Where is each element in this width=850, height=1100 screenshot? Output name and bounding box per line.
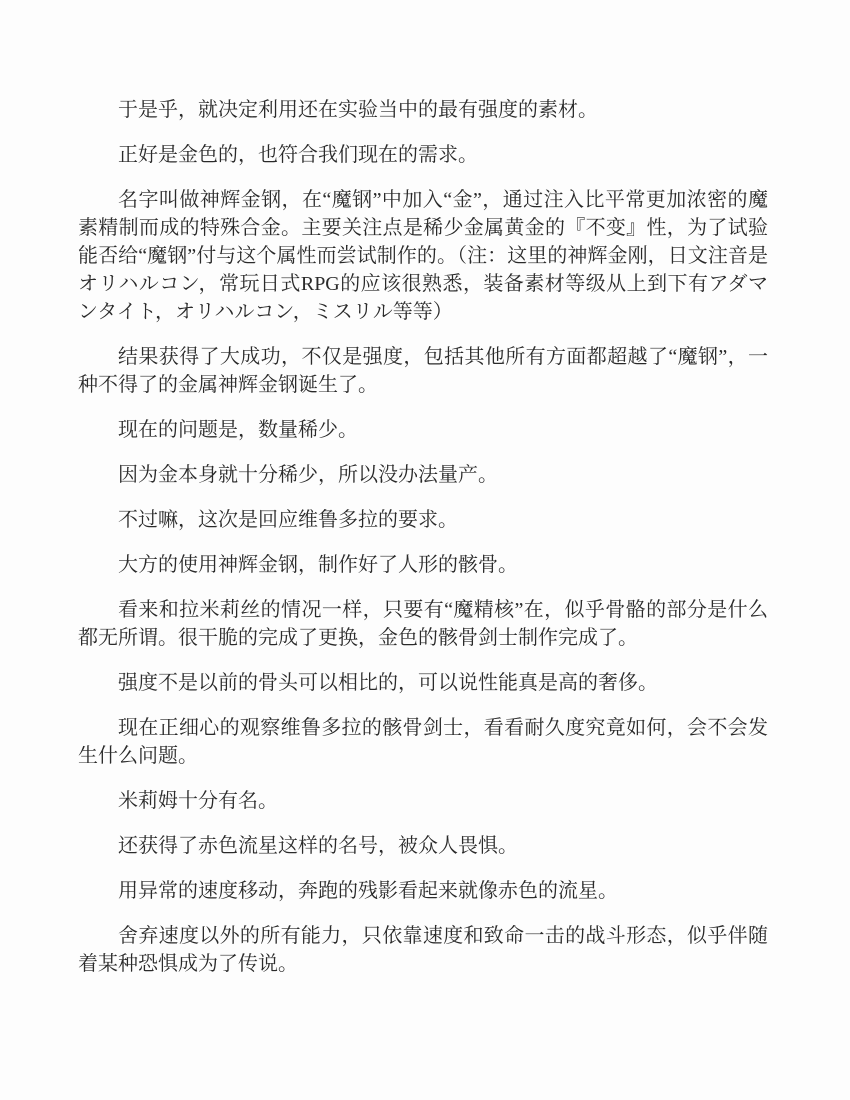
paragraph: 还获得了赤色流星这样的名号，被众人畏惧。 xyxy=(78,832,768,860)
paragraph: 米莉姆十分有名。 xyxy=(78,787,768,815)
novel-text-block: 于是乎，就决定利用还在实验当中的最有强度的素材。正好是金色的，也符合我们现在的需… xyxy=(78,96,768,995)
paragraph: 不过嘛，这次是回应维鲁多拉的要求。 xyxy=(78,506,768,534)
paragraph: 正好是金色的，也符合我们现在的需求。 xyxy=(78,141,768,169)
paragraph: 名字叫做神辉金钢，在“魔钢”中加入“金”，通过注入比平常更加浓密的魔素精制而成的… xyxy=(78,186,768,326)
paragraph: 看来和拉米莉丝的情况一样，只要有“魔精核”在，似乎骨骼的部分是什么都无所谓。很干… xyxy=(78,596,768,652)
paragraph: 因为金本身就十分稀少，所以没办法量产。 xyxy=(78,461,768,489)
paragraph: 用异常的速度移动，奔跑的残影看起来就像赤色的流星。 xyxy=(78,877,768,905)
paragraph: 现在正细心的观察维鲁多拉的骸骨剑士，看看耐久度究竟如何，会不会发生什么问题。 xyxy=(78,714,768,770)
paragraph: 舍弃速度以外的所有能力，只依靠速度和致命一击的战斗形态，似乎伴随着某种恐惧成为了… xyxy=(78,922,768,978)
paragraph: 大方的使用神辉金钢，制作好了人形的骸骨。 xyxy=(78,551,768,579)
paragraph: 现在的问题是，数量稀少。 xyxy=(78,416,768,444)
reader-page: 于是乎，就决定利用还在实验当中的最有强度的素材。正好是金色的，也符合我们现在的需… xyxy=(0,0,850,1100)
paragraph: 强度不是以前的骨头可以相比的，可以说性能真是高的奢侈。 xyxy=(78,669,768,697)
paragraph: 于是乎，就决定利用还在实验当中的最有强度的素材。 xyxy=(78,96,768,124)
paragraph: 结果获得了大成功，不仅是强度，包括其他所有方面都超越了“魔钢”，一种不得了的金属… xyxy=(78,343,768,399)
